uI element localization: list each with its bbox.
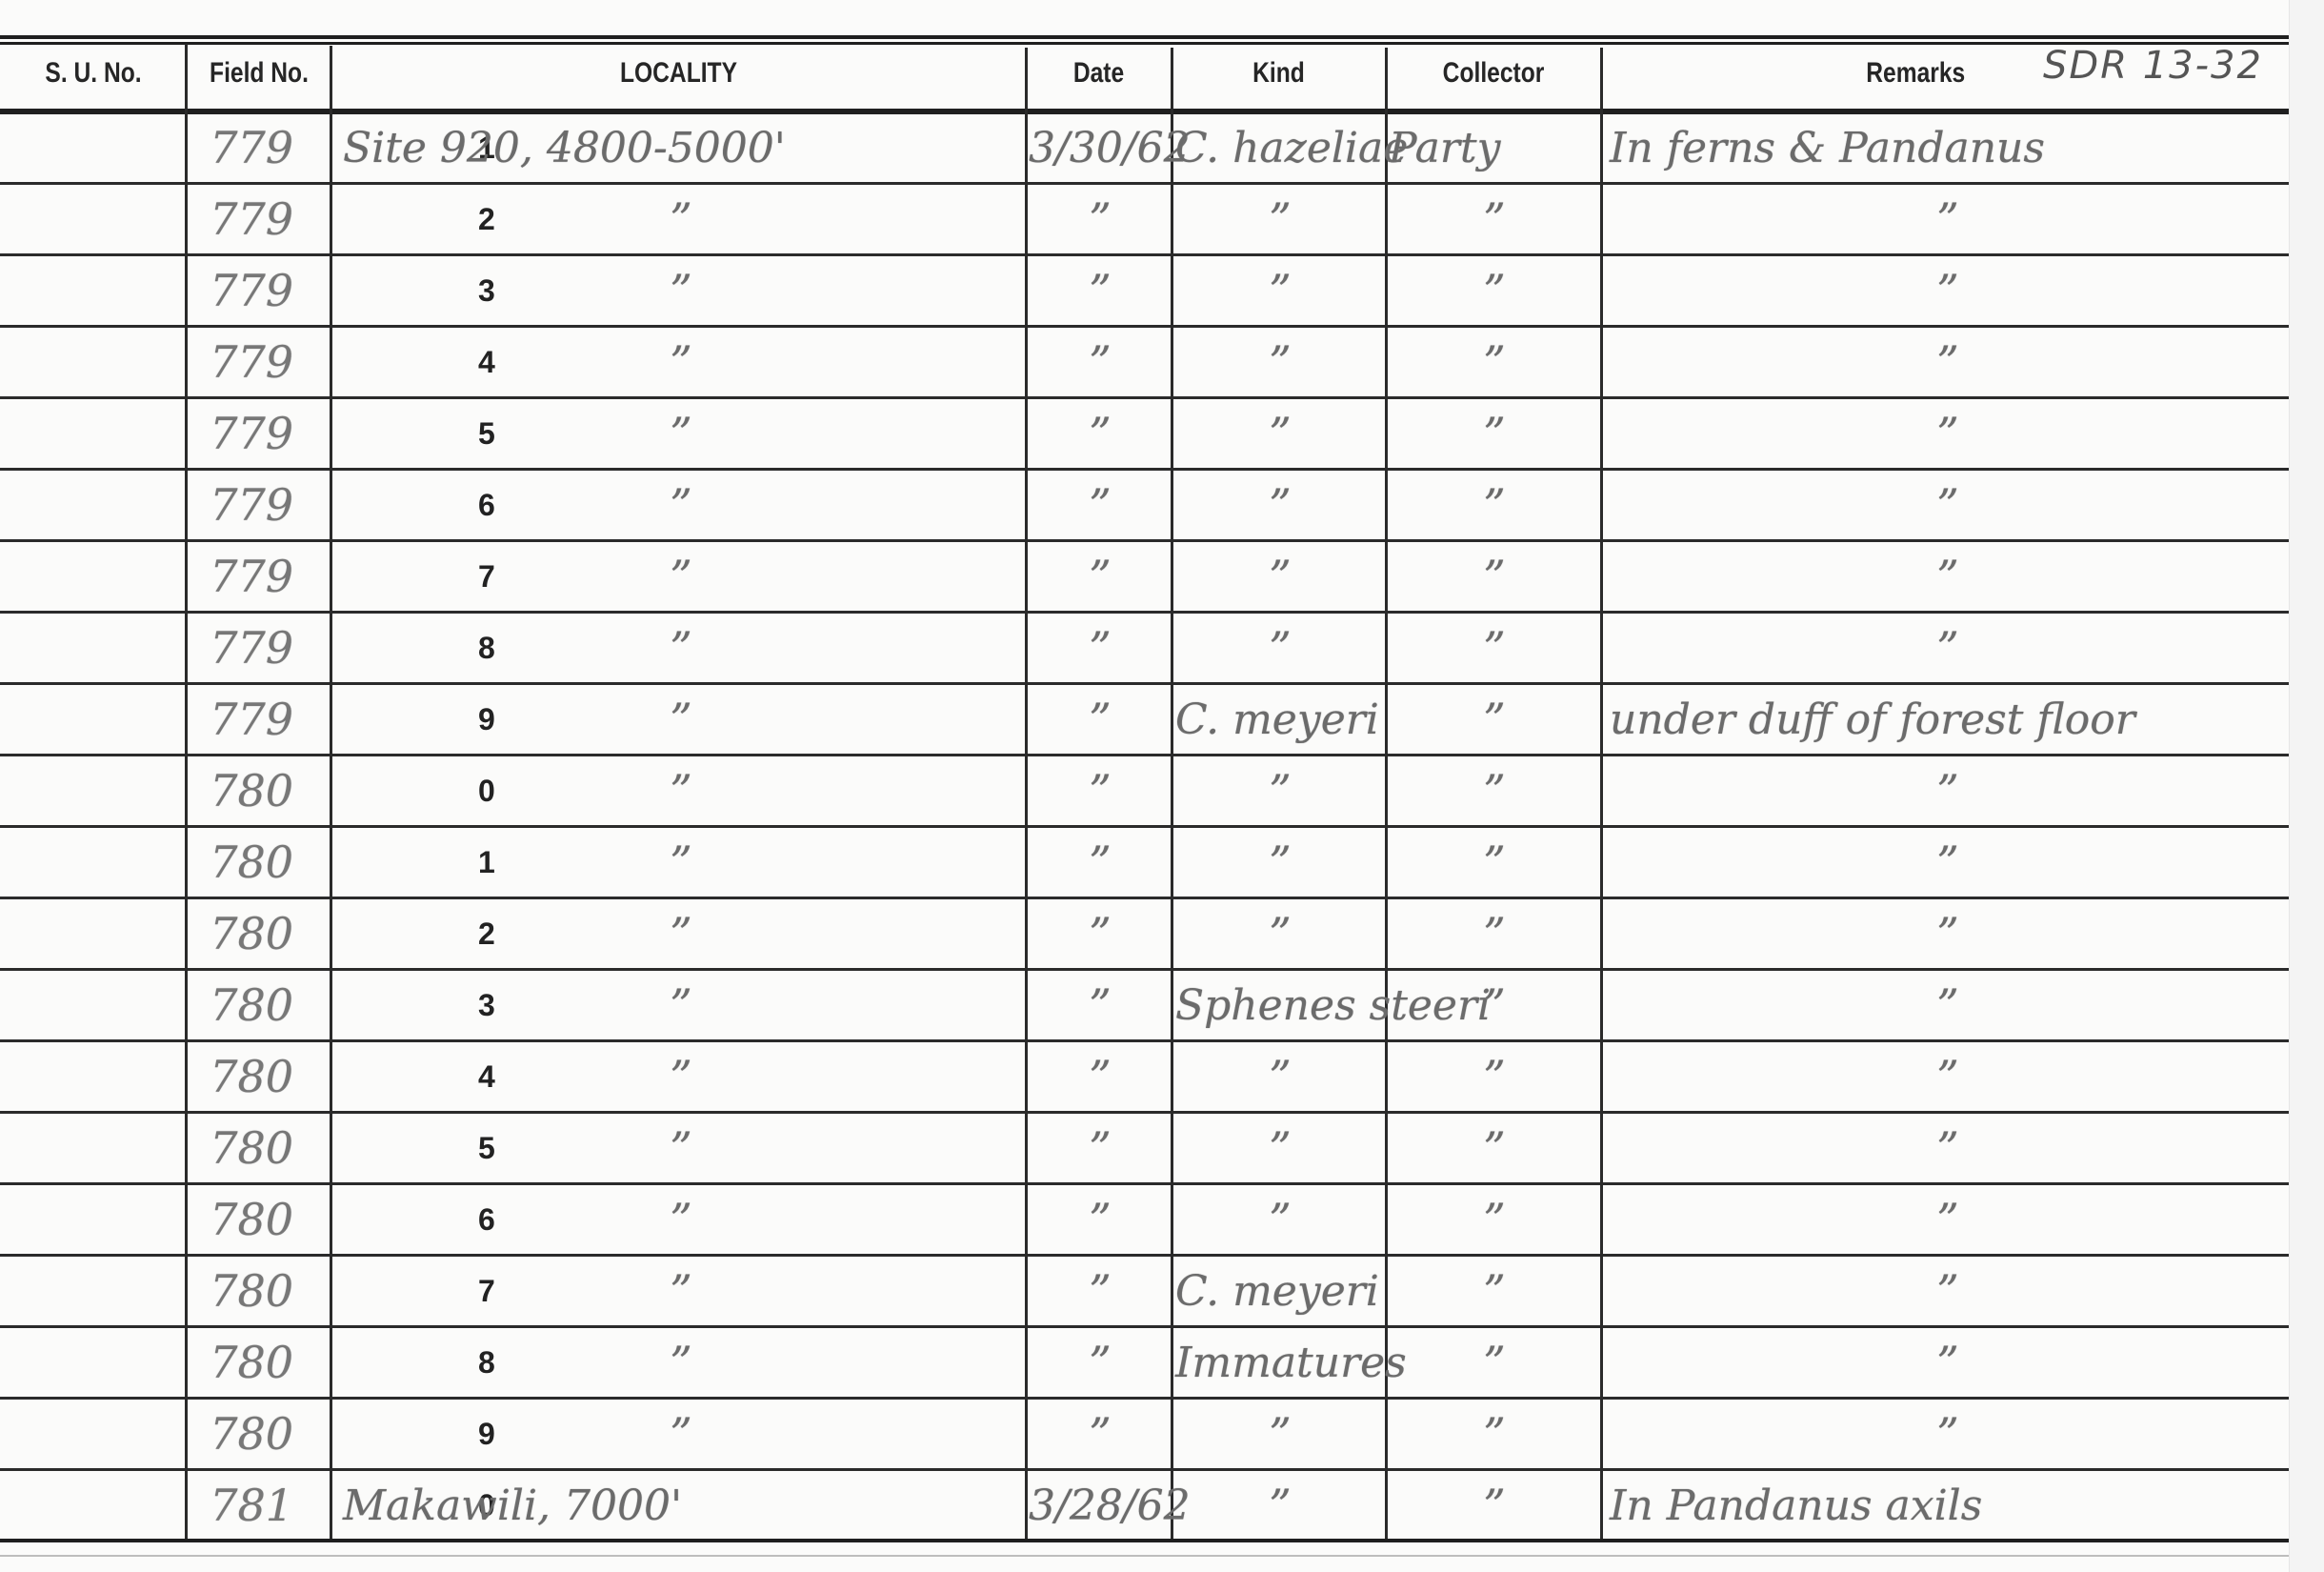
catalog-row-3: 779 3 ” ” ” ” ” — [0, 255, 2289, 327]
su-no-cell — [0, 684, 185, 756]
field-no-handwritten: 780 — [179, 898, 293, 970]
remarks-cell: ” — [1610, 1041, 2286, 1113]
card-bottom-edge — [0, 1555, 2289, 1557]
field-no-handwritten: 779 — [179, 684, 293, 756]
su-no-cell — [0, 1184, 185, 1256]
kind-cell: C. meyeri — [1175, 684, 1385, 756]
catalog-row-5: 779 5 ” ” ” ” ” — [0, 398, 2289, 470]
field-no-cell: 780 3 — [187, 970, 330, 1041]
remarks-cell: ” — [1610, 970, 2286, 1041]
kind-cell: ” — [1175, 255, 1385, 327]
locality-cell: ” — [343, 827, 1019, 898]
date-cell: ” — [1029, 1041, 1172, 1113]
su-no-cell — [0, 1327, 185, 1399]
locality-cell: ” — [343, 327, 1019, 398]
collector-cell: ” — [1389, 327, 1600, 398]
kind-cell: ” — [1175, 613, 1385, 684]
date-cell: ” — [1029, 327, 1172, 398]
kind-cell: C. meyeri — [1175, 1256, 1385, 1327]
date-cell: ” — [1029, 613, 1172, 684]
field-no-handwritten: 779 — [179, 541, 293, 613]
field-no-cell: 779 3 — [187, 255, 330, 327]
field-no-cell: 779 8 — [187, 613, 330, 684]
catalog-row-6: 779 6 ” ” ” ” ” — [0, 470, 2289, 541]
date-cell: 3/28/62 — [1029, 1470, 1172, 1542]
remarks-cell: ” — [1610, 898, 2286, 970]
locality-cell: ” — [343, 756, 1019, 827]
field-no-handwritten: 780 — [179, 756, 293, 827]
field-no-cell: 780 6 — [187, 1184, 330, 1256]
remarks-cell: ” — [1610, 255, 2286, 327]
field-no-handwritten: 779 — [179, 613, 293, 684]
su-no-cell — [0, 470, 185, 541]
catalog-stamp: SDR 13-32 — [2043, 44, 2263, 88]
locality-cell: Makawili, 7000' — [343, 1470, 1019, 1542]
su-no-cell — [0, 255, 185, 327]
field-no-handwritten: 780 — [179, 1113, 293, 1184]
kind-cell: ” — [1175, 398, 1385, 470]
kind-cell: ” — [1175, 541, 1385, 613]
field-no-cell: 780 9 — [187, 1399, 330, 1470]
catalog-row-2: 779 2 ” ” ” ” ” — [0, 184, 2289, 255]
su-no-cell — [0, 541, 185, 613]
kind-cell: ” — [1175, 898, 1385, 970]
locality-cell: ” — [343, 398, 1019, 470]
remarks-cell: ” — [1610, 613, 2286, 684]
locality-cell: ” — [343, 1399, 1019, 1470]
field-no-cell: 779 5 — [187, 398, 330, 470]
locality-cell: Site 920, 4800-5000' — [343, 112, 1019, 184]
date-cell: ” — [1029, 1327, 1172, 1399]
remarks-cell: ” — [1610, 398, 2286, 470]
collector-cell: ” — [1389, 541, 1600, 613]
field-no-handwritten: 779 — [179, 327, 293, 398]
field-no-cell: 780 7 — [187, 1256, 330, 1327]
field-no-cell: 779 4 — [187, 327, 330, 398]
catalog-row-1: 779 1 Site 920, 4800-5000' 3/30/62 C. ha… — [0, 112, 2289, 184]
collector-cell: ” — [1389, 184, 1600, 255]
remarks-cell: ” — [1610, 1327, 2286, 1399]
header-field-no: Field No. — [200, 50, 319, 97]
field-no-handwritten: 779 — [179, 112, 293, 184]
field-no-handwritten: 780 — [179, 1256, 293, 1327]
locality-cell: ” — [343, 1113, 1019, 1184]
collector-cell: ” — [1389, 1327, 1600, 1399]
kind-cell: ” — [1175, 1113, 1385, 1184]
date-cell: ” — [1029, 470, 1172, 541]
su-no-cell — [0, 327, 185, 398]
kind-cell: ” — [1175, 1184, 1385, 1256]
remarks-cell: ” — [1610, 184, 2286, 255]
su-no-cell — [0, 827, 185, 898]
date-cell: ” — [1029, 1399, 1172, 1470]
kind-cell: ” — [1175, 827, 1385, 898]
field-no-handwritten: 779 — [179, 184, 293, 255]
date-cell: ” — [1029, 756, 1172, 827]
remarks-cell: In ferns & Pandanus — [1610, 112, 2286, 184]
locality-cell: ” — [343, 898, 1019, 970]
header-collector: Collector — [1405, 50, 1581, 97]
date-cell: ” — [1029, 1256, 1172, 1327]
remarks-cell: In Pandanus axils — [1610, 1470, 2286, 1542]
locality-cell: ” — [343, 255, 1019, 327]
date-cell: ” — [1029, 184, 1172, 255]
locality-cell: ” — [343, 470, 1019, 541]
collector-cell: ” — [1389, 470, 1600, 541]
collector-cell: ” — [1389, 756, 1600, 827]
su-no-cell — [0, 398, 185, 470]
catalog-row-17: 780 7 ” ” C. meyeri ” ” — [0, 1256, 2289, 1327]
date-cell: ” — [1029, 898, 1172, 970]
field-no-cell: 779 9 — [187, 684, 330, 756]
catalog-row-19: 780 9 ” ” ” ” ” — [0, 1399, 2289, 1470]
su-no-cell — [0, 613, 185, 684]
kind-cell: ” — [1175, 756, 1385, 827]
remarks-cell: ” — [1610, 756, 2286, 827]
remarks-cell: ” — [1610, 1256, 2286, 1327]
su-no-cell — [0, 1113, 185, 1184]
catalog-row-4: 779 4 ” ” ” ” ” — [0, 327, 2289, 398]
specimen-catalog-card: S. U. No. Field No. LOCALITY Date Kind C… — [0, 0, 2290, 1572]
date-cell: 3/30/62 — [1029, 112, 1172, 184]
locality-cell: ” — [343, 1327, 1019, 1399]
locality-cell: ” — [343, 541, 1019, 613]
date-cell: ” — [1029, 827, 1172, 898]
kind-cell: Sphenes steeri — [1175, 970, 1385, 1041]
collector-cell: ” — [1389, 1399, 1600, 1470]
su-no-cell — [0, 1256, 185, 1327]
su-no-cell — [0, 184, 185, 255]
su-no-cell — [0, 112, 185, 184]
collector-cell: ” — [1389, 1113, 1600, 1184]
collector-cell: ” — [1389, 827, 1600, 898]
collector-cell: ” — [1389, 1184, 1600, 1256]
locality-cell: ” — [343, 684, 1019, 756]
catalog-row-14: 780 4 ” ” ” ” ” — [0, 1041, 2289, 1113]
catalog-row-13: 780 3 ” ” Sphenes steeri ” ” — [0, 970, 2289, 1041]
remarks-cell: under duff of forest floor — [1610, 684, 2286, 756]
field-no-handwritten: 780 — [179, 1184, 293, 1256]
date-cell: ” — [1029, 255, 1172, 327]
field-no-handwritten: 780 — [179, 827, 293, 898]
kind-cell: Immatures — [1175, 1327, 1385, 1399]
field-no-handwritten: 780 — [179, 970, 293, 1041]
field-no-handwritten: 780 — [179, 1041, 293, 1113]
header-date: Date — [1039, 50, 1158, 97]
locality-cell: ” — [343, 970, 1019, 1041]
field-no-cell: 780 5 — [187, 1113, 330, 1184]
kind-cell: C. hazeliae — [1175, 112, 1385, 184]
remarks-cell: ” — [1610, 1399, 2286, 1470]
collector-cell: ” — [1389, 1256, 1600, 1327]
field-no-cell: 779 7 — [187, 541, 330, 613]
collector-cell: ” — [1389, 255, 1600, 327]
locality-cell: ” — [343, 613, 1019, 684]
catalog-row-8: 779 8 ” ” ” ” ” — [0, 613, 2289, 684]
collector-cell: ” — [1389, 398, 1600, 470]
field-no-cell: 779 2 — [187, 184, 330, 255]
catalog-row-12: 780 2 ” ” ” ” ” — [0, 898, 2289, 970]
field-no-cell: 779 6 — [187, 470, 330, 541]
locality-cell: ” — [343, 1184, 1019, 1256]
locality-cell: ” — [343, 1041, 1019, 1113]
catalog-row-10: 780 0 ” ” ” ” ” — [0, 756, 2289, 827]
su-no-cell — [0, 1470, 185, 1542]
field-no-handwritten: 781 — [179, 1470, 293, 1542]
collector-cell: ” — [1389, 1041, 1600, 1113]
field-no-cell: 780 8 — [187, 1327, 330, 1399]
remarks-cell: ” — [1610, 1113, 2286, 1184]
field-no-cell: 779 1 — [187, 112, 330, 184]
catalog-row-11: 780 1 ” ” ” ” ” — [0, 827, 2289, 898]
date-cell: ” — [1029, 541, 1172, 613]
field-no-handwritten: 779 — [179, 470, 293, 541]
date-cell: ” — [1029, 1113, 1172, 1184]
su-no-cell — [0, 1399, 185, 1470]
date-cell: ” — [1029, 1184, 1172, 1256]
kind-cell: ” — [1175, 184, 1385, 255]
kind-cell: ” — [1175, 1399, 1385, 1470]
date-cell: ” — [1029, 398, 1172, 470]
field-no-handwritten: 780 — [179, 1327, 293, 1399]
kind-cell: ” — [1175, 470, 1385, 541]
header-su-no: S. U. No. — [17, 50, 170, 97]
top-rule-2 — [0, 42, 2289, 45]
kind-cell: ” — [1175, 1470, 1385, 1542]
catalog-row-18: 780 8 ” ” Immatures ” ” — [0, 1327, 2289, 1399]
field-no-handwritten: 780 — [179, 1399, 293, 1470]
locality-cell: ” — [343, 1256, 1019, 1327]
su-no-cell — [0, 756, 185, 827]
locality-cell: ” — [343, 184, 1019, 255]
remarks-cell: ” — [1610, 541, 2286, 613]
remarks-cell: ” — [1610, 827, 2286, 898]
catalog-row-7: 779 7 ” ” ” ” ” — [0, 541, 2289, 613]
su-no-cell — [0, 1041, 185, 1113]
remarks-cell: ” — [1610, 327, 2286, 398]
field-no-cell: 780 0 — [187, 756, 330, 827]
field-no-cell: 781 0 — [187, 1470, 330, 1542]
collector-cell: ” — [1389, 970, 1600, 1041]
field-no-handwritten: 779 — [179, 255, 293, 327]
field-no-handwritten: 779 — [179, 398, 293, 470]
date-cell: ” — [1029, 970, 1172, 1041]
header-remarks: Remarks — [1637, 50, 1965, 97]
remarks-cell: ” — [1610, 1184, 2286, 1256]
kind-cell: ” — [1175, 1041, 1385, 1113]
field-no-cell: 780 4 — [187, 1041, 330, 1113]
date-cell: ” — [1029, 684, 1172, 756]
catalog-row-9: 779 9 ” ” C. meyeri ” under duff of fore… — [0, 684, 2289, 756]
catalog-row-15: 780 5 ” ” ” ” ” — [0, 1113, 2289, 1184]
catalog-row-20: 781 0 Makawili, 7000' 3/28/62 ” ” In Pan… — [0, 1470, 2289, 1542]
su-no-cell — [0, 970, 185, 1041]
header-locality: LOCALITY — [394, 50, 964, 97]
remarks-cell: ” — [1610, 470, 2286, 541]
su-no-cell — [0, 898, 185, 970]
collector-cell: Party — [1389, 112, 1600, 184]
collector-cell: ” — [1389, 684, 1600, 756]
collector-cell: ” — [1389, 613, 1600, 684]
top-rule-1 — [0, 35, 2289, 39]
collector-cell: ” — [1389, 1470, 1600, 1542]
field-no-cell: 780 2 — [187, 898, 330, 970]
bottom-rule — [0, 1539, 2289, 1542]
kind-cell: ” — [1175, 327, 1385, 398]
header-kind: Kind — [1191, 50, 1367, 97]
catalog-row-16: 780 6 ” ” ” ” ” — [0, 1184, 2289, 1256]
field-no-cell: 780 1 — [187, 827, 330, 898]
collector-cell: ” — [1389, 898, 1600, 970]
